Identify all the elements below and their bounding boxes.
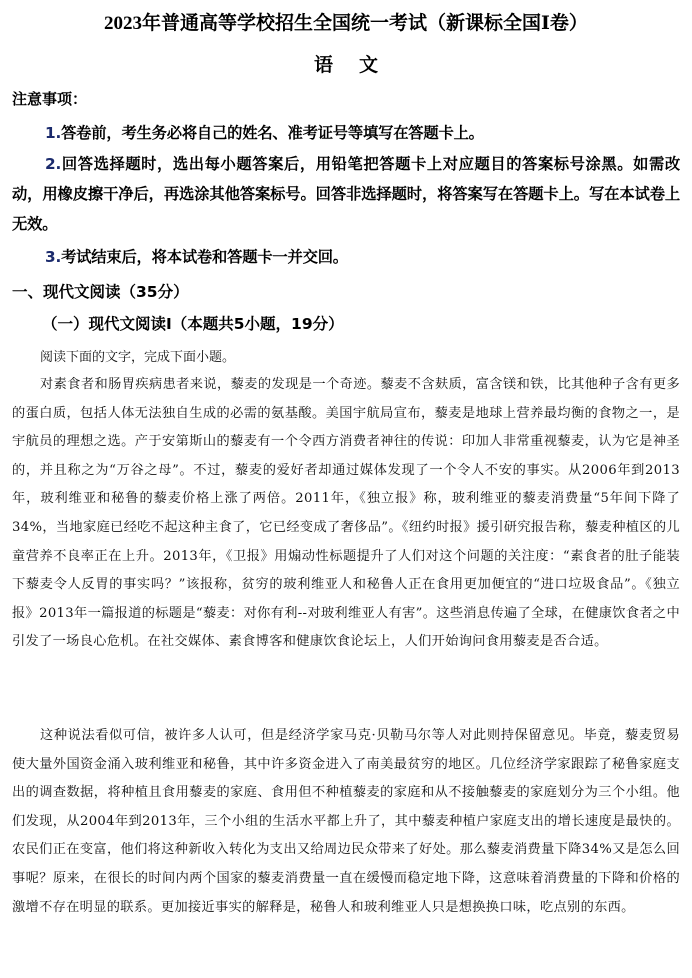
notice-item-text: 答卷前，考生务必将自己的姓名、准考证号等填写在答题卡上。 (61, 124, 484, 142)
notice-item-text: 考试结束后，将本试卷和答题卡一并交回。 (61, 248, 348, 266)
reading-instruction: 阅读下面的文字，完成下面小题。 (40, 346, 235, 365)
notice-item-2: 2.回答选择题时，选出每小题答案后，用铅笔把答题卡上对应题目的答案标号涂黑。如需… (12, 149, 680, 239)
notice-item-number: 1. (45, 124, 61, 142)
notice-item-1: 1.答卷前，考生务必将自己的姓名、准考证号等填写在答题卡上。 (12, 118, 680, 148)
section-title: 一、现代文阅读（35分） (12, 280, 189, 302)
subject-char: 语 (314, 54, 333, 76)
notice-item-3: 3.考试结束后，将本试卷和答题卡一并交回。 (12, 242, 680, 272)
notice-item-number: 2. (45, 155, 61, 173)
subsection-title: （一）现代文阅读Ⅰ（本题共5小题，19分） (42, 312, 344, 334)
subject-title: 语文 (0, 50, 692, 77)
passage-paragraph-1: 对素食者和肠胃疾病患者来说，藜麦的发现是一个奇迹。藜麦不含麸质，富含镁和铁，比其… (12, 371, 680, 657)
notice-item-number: 3. (45, 248, 61, 266)
notice-item-text: 回答选择题时，选出每小题答案后，用铅笔把答题卡上对应题目的答案标号涂黑。如需改动… (12, 155, 680, 233)
exam-title: 2023年普通高等学校招生全国统一考试（新课标全国Ⅰ卷） (0, 8, 692, 35)
subject-char: 文 (359, 54, 378, 76)
notice-heading: 注意事项： (12, 88, 87, 109)
passage-paragraph-2: 这种说法看似可信，被许多人认可，但是经济学家马克·贝勒马尔等人对此则持保留意见。… (12, 722, 680, 922)
